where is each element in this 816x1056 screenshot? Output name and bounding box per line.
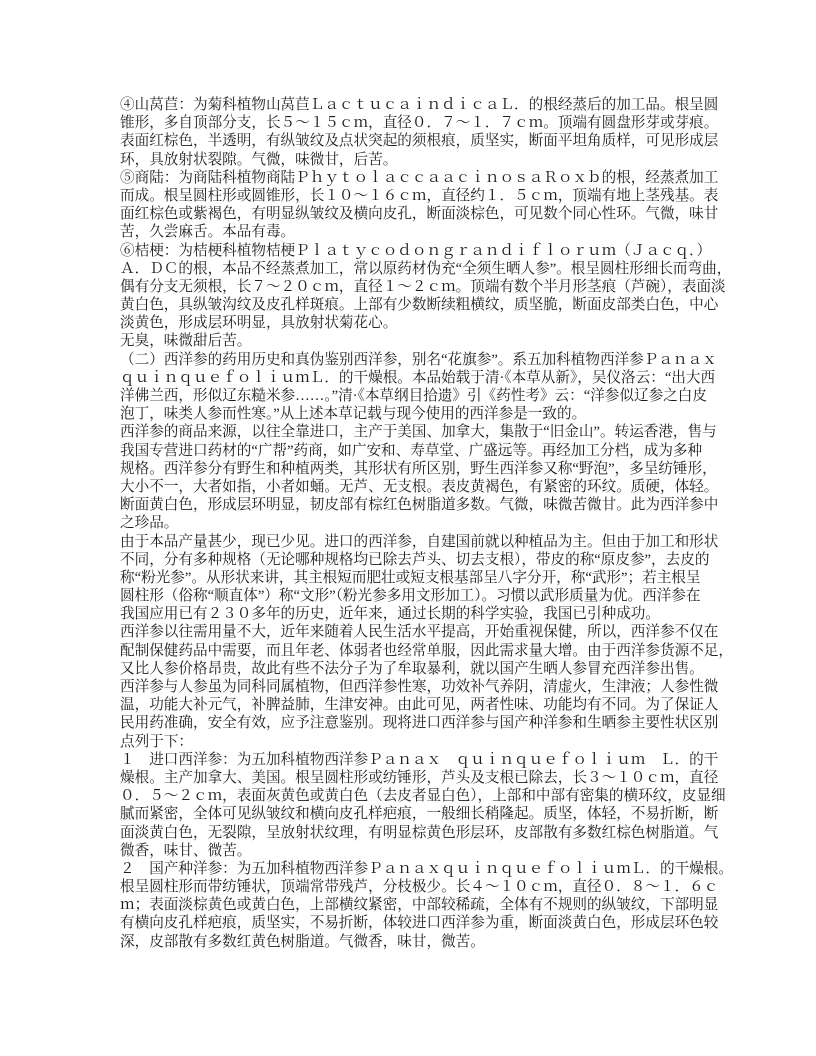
text-line: 淡黄色，形成层环明显，具放射状菊花心。: [120, 314, 760, 332]
text-line: 微香，味甘、微苦。: [120, 842, 760, 860]
text-line: 环，具放射状裂隙。气微，味微甘，后苦。: [120, 151, 760, 169]
text-line: 不同，分有多种规格（无论哪种规格均已除去芦头、切去支根），带皮的称“原皮参”，去…: [120, 551, 760, 569]
text-line: 配制保健药品中需要，而且年老、体弱者也经常单服，因此需求量大增。由于西洋参货源不…: [120, 642, 760, 660]
document-page: ④山莴苣：为菊科植物山莴苣ＬａｃｔｕｃａｉｎｄｉｃａＬ．的根经蒸后的加工品。根呈…: [0, 0, 816, 1056]
text-line: ④山莴苣：为菊科植物山莴苣ＬａｃｔｕｃａｉｎｄｉｃａＬ．的根经蒸后的加工品。根呈…: [120, 96, 760, 114]
text-line: 由于本品产量甚少，现已少见。进口的西洋参，自建国前就以种植品为主。但由于加工和形…: [120, 533, 760, 551]
text-line: 苦，久尝麻舌。本品有毒。: [120, 223, 760, 241]
text-line: ⑥桔梗：为桔梗科植物桔梗Ｐｌａｔｙｃｏｄｏｎｇｒａｎｄｉｆｌｏｒｕｍ（Ｊａｃｑ．…: [120, 242, 760, 260]
text-line: 而成。根呈圆柱形或圆锥形，长１０～１６ｃｍ，直径约１．５ｃｍ，顶端有地上茎残基。…: [120, 187, 760, 205]
text-line: ｑｕｉｎｑｕｅｆｏｌｉｕｍＬ．的干燥根。本品始载于清·《本草从新》，吴仪洛云：“…: [120, 369, 760, 387]
text-line: 面淡黄白色，无裂隙，呈放射状纹理，有明显棕黄色形层环，皮部散有多数红棕色树脂道。…: [120, 824, 760, 842]
text-line: 之珍品。: [120, 514, 760, 532]
text-line: 称“粉光参”。从形状来讲，其主根短而肥壮或短支根基部呈八字分开，称“武形”；若主…: [120, 569, 760, 587]
text-line: （二）西洋参的药用历史和真伪鉴别西洋参，别名“花旗参”。系五加科植物西洋参Ｐａｎ…: [120, 351, 760, 369]
text-line: 民用药准确，安全有效，应予注意鉴别。现将进口西洋参与国产种洋参和生晒参主要性状区…: [120, 714, 760, 732]
text-line: 燥根。主产加拿大、美国。根呈圆柱形或纺锤形，芦头及支根已除去，长３～１０ｃｍ，直…: [120, 769, 760, 787]
text-line: １ 进口西洋参：为五加科植物西洋参Ｐａｎａｘ ｑｕｉｎｑｕｅｆｏｌｉｕｍ Ｌ．的…: [120, 751, 760, 769]
text-line: 偶有分支无须根，长７～２０ｃｍ，直径１～２ｃｍ。顶端有数个半月形茎痕（芦碗），表…: [120, 278, 760, 296]
text-line: ０．５～２ｃｍ，表面灰黄色或黄白色（去皮者显白色），上部和中部有密集的横环纹，皮…: [120, 787, 760, 805]
text-line: Ａ．ＤＣ的根，本品不经蒸煮加工，常以原药材伪充“全须生晒人参”。根呈圆柱形细长而…: [120, 260, 760, 278]
text-line: 圆柱形（俗称“顺直体”）称“文形”（粉光参多用文形加工）。习惯以武形质量为优。西…: [120, 587, 760, 605]
text-line: 点列于下：: [120, 733, 760, 751]
document-text-block: ④山莴苣：为菊科植物山莴苣ＬａｃｔｕｃａｉｎｄｉｃａＬ．的根经蒸后的加工品。根呈…: [120, 96, 760, 951]
text-line: 洋佛兰西，形似辽东糙米参……。”清·《本草纲目拾遗》引《药性考》云：“洋参似辽参…: [120, 387, 760, 405]
text-line: 泡丁，味类人参而性寒。”从上述本草记载与现今使用的西洋参是一致的。: [120, 405, 760, 423]
text-line: 断面黄白色，形成层环明显，韧皮部有棕红色树脂道多数。气微，味微苦微甘。此为西洋参…: [120, 496, 760, 514]
text-line: 无臭，味微甜后苦。: [120, 332, 760, 350]
text-line: ２ 国产种洋参：为五加科植物西洋参ＰａｎａｘｑｕｉｎｑｕｅｆｏｌｉｕｍＬ．的干燥…: [120, 860, 760, 878]
text-line: 西洋参以往需用量不大，近年来随着人民生活水平提高，开始重视保健，所以，西洋参不仅…: [120, 623, 760, 641]
text-line: 根呈圆柱形而带纺锤状，顶端常带残芦，分枝极少。长４～１０ｃｍ，直径０．８～１．６…: [120, 878, 760, 896]
text-line: 面红棕色或紫褐色，有明显纵皱纹及横向皮孔，断面淡棕色，可见数个同心性环。气微，味…: [120, 205, 760, 223]
text-line: 西洋参与人参虽为同科同属植物，但西洋参性寒，功效补气养阴，清虚火，生津液；人参性…: [120, 678, 760, 696]
text-line: 大小不一，大者如指，小者如蛹。无芦、无支根。表皮黄褐色，有紧密的环纹。质硬，体轻…: [120, 478, 760, 496]
text-line: 深，皮部散有多数红黄色树脂道。气微香，味甘，微苦。: [120, 933, 760, 951]
text-line: 有横向皮孔样疤痕，质坚实，不易折断，体较进口西洋参为重，断面淡黄白色，形成层环色…: [120, 914, 760, 932]
text-line: ｍ；表面淡棕黄色或黄白色，上部横纹紧密，中部较稀疏，全体有不规则的纵皱纹，下部明…: [120, 896, 760, 914]
text-line: 我国专营进口药材的“广帮”药商，如广安和、寿草堂、广盛远等。再经加工分档，成为多…: [120, 442, 760, 460]
text-line: 又比人参价格昂贵，故此有些不法分子为了牟取暴利，就以国产生晒人参冒充西洋参出售。: [120, 660, 760, 678]
text-line: 我国应用已有２３０多年的历史，近年来，通过长期的科学实验，我国已引种成功。: [120, 605, 760, 623]
text-line: 西洋参的商品来源，以往全靠进口，主产于美国、加拿大，集散于“旧金山”。转运香港，…: [120, 423, 760, 441]
text-line: 锥形，多自顶部分支，长５～１５ｃｍ，直径０．７～１．７ｃｍ。顶端有圆盘形芽或芽痕…: [120, 114, 760, 132]
text-line: 黄白色，具纵皱沟纹及皮孔样斑痕。上部有少数断续粗横纹，质坚脆，断面皮部类白色，中…: [120, 296, 760, 314]
text-line: ⑤商陆：为商陆科植物商陆ＰｈｙｔｏｌａｃｃａａｃｉｎｏｓａＲｏｘｂ的根，经蒸煮加…: [120, 169, 760, 187]
text-line: 表面红棕色，半透明，有纵皱纹及点状突起的须根痕，质坚实，断面平坦角质样，可见形成…: [120, 132, 760, 150]
text-line: 腻而紧密，全体可见纵皱纹和横向皮孔样疤痕，一般细长稍隆起。质坚，体轻，不易折断，…: [120, 805, 760, 823]
text-line: 规格。西洋参分有野生和种植两类，其形状有所区别，野生西洋参又称“野泡”，多呈纺锤…: [120, 460, 760, 478]
text-line: 温，功能大补元气，补脾益肺，生津安神。由此可见，两者性味、功能均有不同。为了保证…: [120, 696, 760, 714]
